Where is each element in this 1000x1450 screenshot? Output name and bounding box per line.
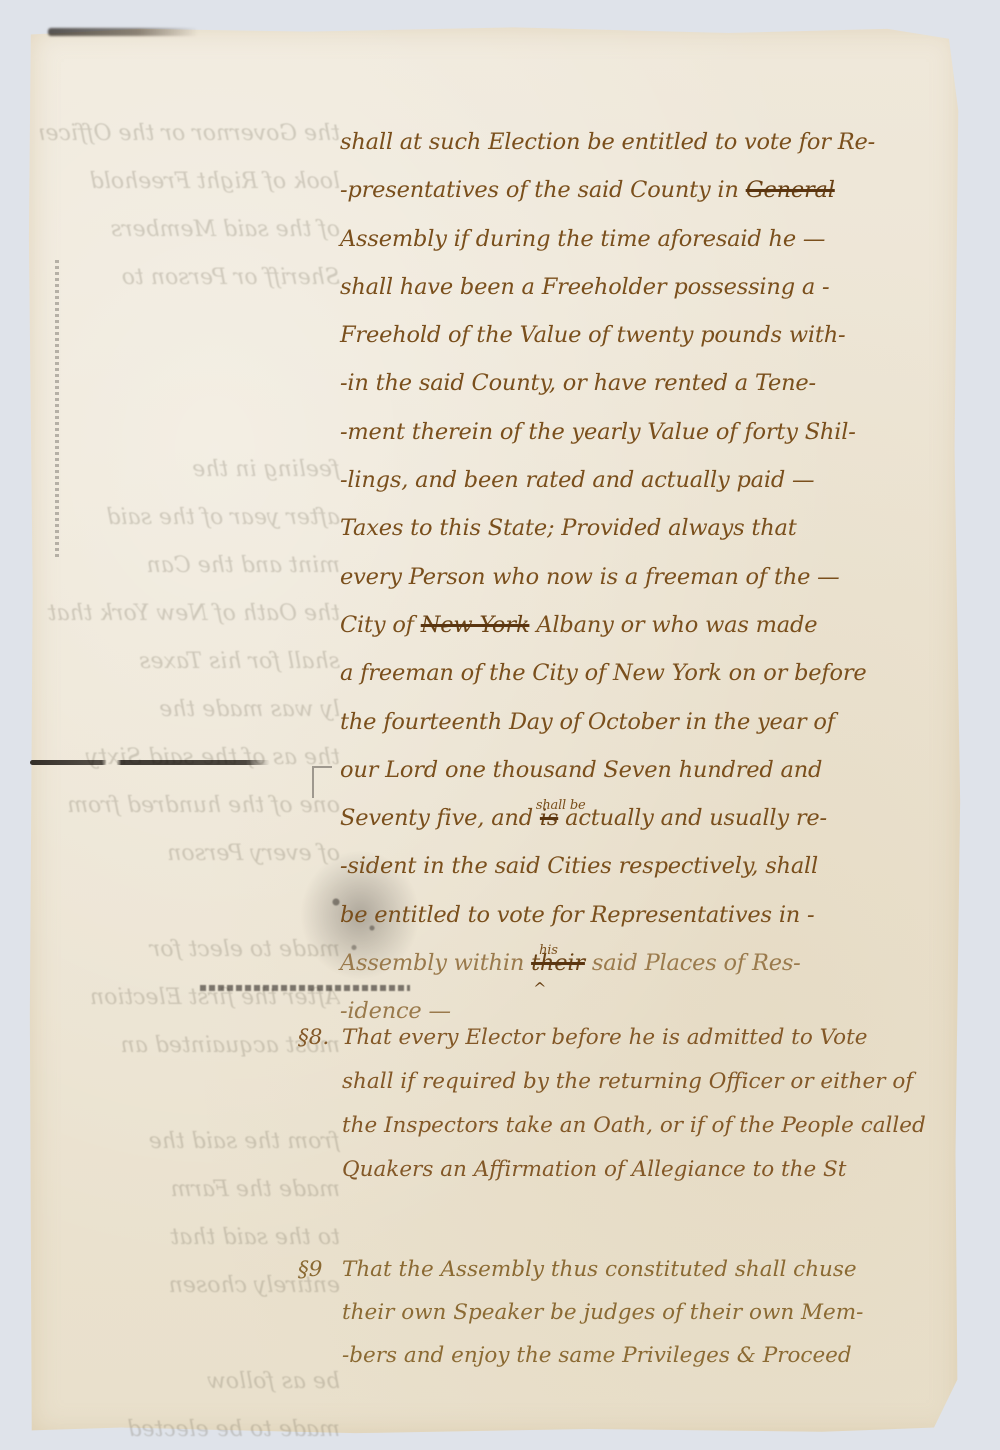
- bracket-mark: [312, 766, 332, 798]
- bleed-line: [40, 350, 340, 398]
- struck-word: General: [746, 177, 835, 203]
- bleed-line: mint and the Can: [40, 542, 340, 590]
- section-number: §8.: [298, 1016, 329, 1060]
- manuscript-line: Taxes to this State; Provided always tha…: [340, 504, 980, 552]
- section-line: Quakers an Affirmation of Allegiance to …: [290, 1148, 980, 1192]
- bleed-line: shall for his Taxes: [40, 638, 340, 686]
- bleed-line: one of the hundred from: [40, 782, 340, 830]
- manuscript-line: Seventy five, and shall beis actually an…: [340, 794, 980, 842]
- bleed-line: the Governor or the Officer: [40, 110, 340, 158]
- section-line: §9That the Assembly thus constituted sha…: [290, 1248, 980, 1291]
- bleed-line: the Oath of New York that: [40, 590, 340, 638]
- bleed-line: [40, 398, 340, 446]
- ink-stroke-mark: [30, 760, 270, 765]
- bleed-line: After the first Election: [40, 974, 340, 1022]
- section-line: §8.That every Elector before he is admit…: [290, 1016, 980, 1060]
- correction: shall beis: [540, 794, 558, 842]
- manuscript-line: our Lord one thousand Seven hundred and: [340, 746, 980, 794]
- manuscript-line: Assembly if during the time aforesaid he…: [340, 215, 980, 263]
- manuscript-line: the fourteenth Day of October in the yea…: [340, 698, 980, 746]
- bleed-line: Sheriff or Person to: [40, 254, 340, 302]
- bleed-line: of every Person: [40, 830, 340, 878]
- struck-word: New York: [421, 612, 530, 638]
- bleed-line: made to elect for: [40, 926, 340, 974]
- bleed-line: of the said Members: [40, 206, 340, 254]
- manuscript-line: -presentatives of the said County in Gen…: [340, 166, 980, 214]
- manuscript-line: -ment therein of the yearly Value of for…: [340, 408, 980, 456]
- bleed-line: made to be elected: [40, 1406, 340, 1450]
- bleed-line: after year of the said: [40, 494, 340, 542]
- section-line: -bers and enjoy the same Privileges & Pr…: [290, 1334, 980, 1377]
- section-9: §9That the Assembly thus constituted sha…: [290, 1248, 980, 1377]
- manuscript-line: -sident in the said Cities respectively,…: [340, 842, 980, 890]
- section-line: the Inspectors take an Oath, or if of th…: [290, 1104, 980, 1148]
- bleed-line: [40, 878, 340, 926]
- manuscript-line: -lings, and been rated and actually paid…: [340, 456, 980, 504]
- manuscript-line: Assembly within histheir^ said Places of…: [340, 939, 980, 987]
- bleed-line: feeling in the: [40, 446, 340, 494]
- bleed-line: the as of the said Sixty: [40, 734, 340, 782]
- manuscript-line: City of New York Albany or who was made: [340, 601, 980, 649]
- manuscript-line: every Person who now is a freeman of the…: [340, 553, 980, 601]
- manuscript-line: shall at such Election be entitled to vo…: [340, 118, 980, 166]
- edge-stain: [48, 28, 198, 36]
- manuscript-line: a freeman of the City of New York on or …: [340, 649, 980, 697]
- inserted-text: shall be: [536, 782, 586, 830]
- section-8: §8.That every Elector before he is admit…: [290, 1016, 980, 1192]
- bleed-line: [40, 302, 340, 350]
- correction: histheir^: [531, 939, 585, 987]
- section-line: their own Speaker be judges of their own…: [290, 1291, 980, 1334]
- manuscript-line: shall have been a Freeholder possessing …: [340, 263, 980, 311]
- bleed-line: ly was made the: [40, 686, 340, 734]
- manuscript-line: -in the said County, or have rented a Te…: [340, 359, 980, 407]
- section-line: shall if required by the returning Offic…: [290, 1060, 980, 1104]
- fold-mark: [55, 260, 59, 560]
- manuscript-line: be entitled to vote for Representatives …: [340, 891, 980, 939]
- section-number: §9: [298, 1248, 322, 1291]
- manuscript-line: Freehold of the Value of twenty pounds w…: [340, 311, 980, 359]
- main-passage: shall at such Election be entitled to vo…: [340, 118, 980, 1036]
- bleed-line: look of Right Freehold: [40, 158, 340, 206]
